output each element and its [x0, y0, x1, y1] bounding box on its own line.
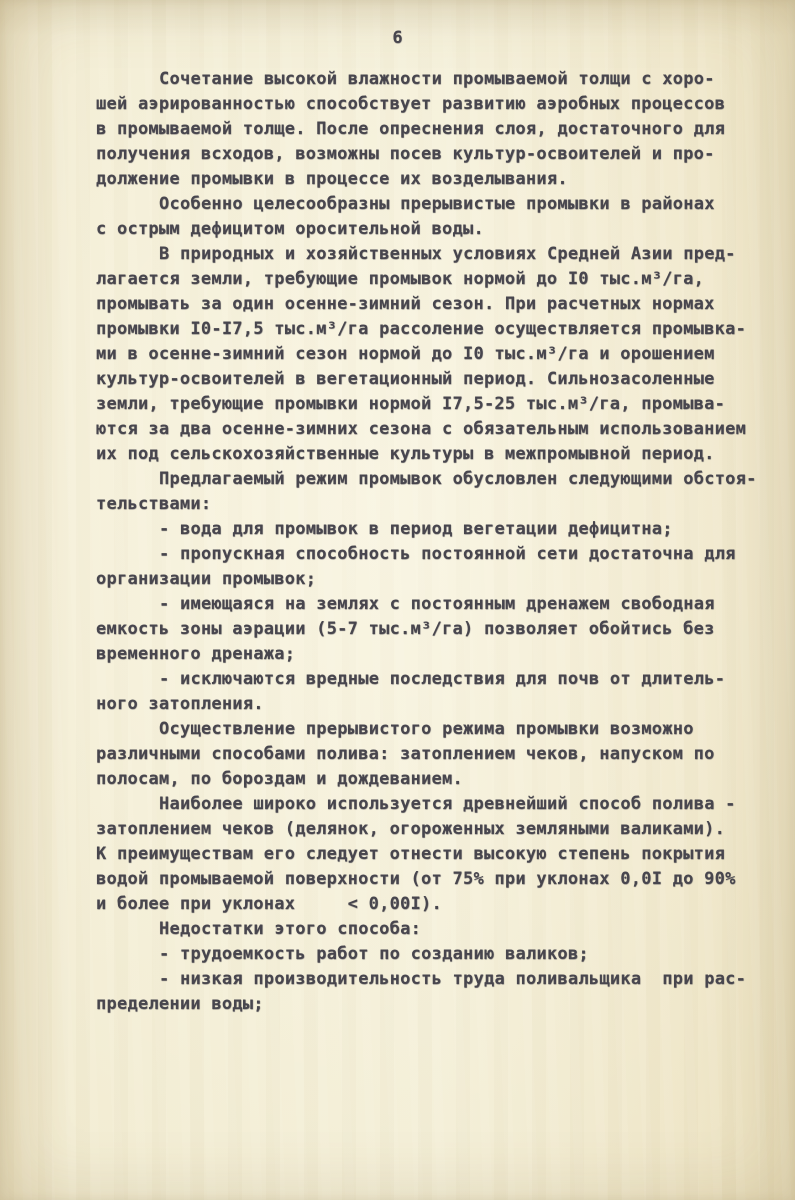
bullet-item: - трудоемкость работ по созданию валиков… [96, 942, 758, 967]
paragraph: В природных и хозяйственных условиях Сре… [96, 242, 758, 467]
bullet-item: - вода для промывок в период вегетации д… [96, 517, 758, 542]
page-number: 6 [0, 26, 795, 51]
paragraph: Недостатки этого способа: [96, 917, 758, 942]
bullet-item: - имеющаяся на землях с постоянным дрена… [96, 592, 758, 667]
paragraph: Наиболее широко используется древнейший … [96, 792, 758, 917]
paragraph: Особенно целесообразны прерывистые промы… [96, 192, 758, 242]
paragraph: Сочетание высокой влажности промываемой … [96, 67, 758, 192]
bullet-item: - пропускная способность постоянной сети… [96, 542, 758, 592]
paragraph: Предлагаемый режим промывок обусловлен с… [96, 467, 758, 517]
bullet-item: - низкая производительность труда полива… [96, 967, 758, 1017]
document-body: Сочетание высокой влажности промываемой … [96, 67, 758, 1017]
scanned-document-page: 6 Сочетание высокой влажности промываемо… [0, 0, 795, 1200]
paragraph: Осуществление прерывистого режима промыв… [96, 717, 758, 792]
bullet-item: - исключаются вредные последствия для по… [96, 667, 758, 717]
